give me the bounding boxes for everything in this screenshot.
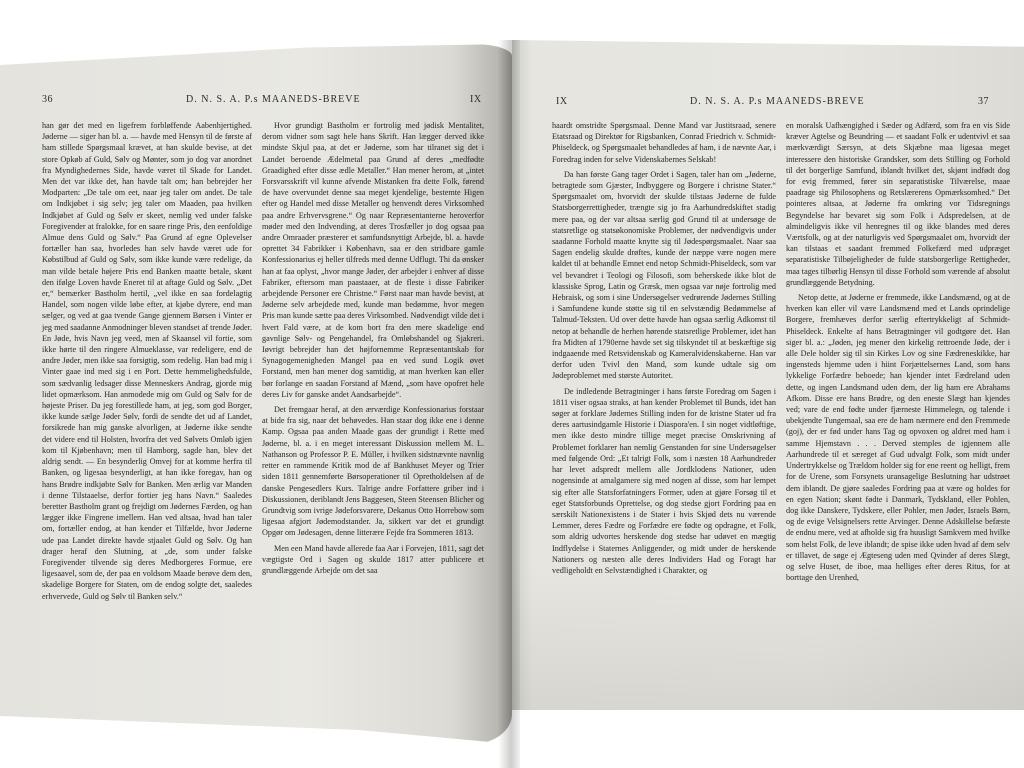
paragraph: Hvor grundigt Bastholm er fortrolig med … bbox=[262, 120, 484, 400]
paragraph: De indledende Betragtninger i hans først… bbox=[552, 386, 776, 576]
left-running-title: D. N. S. A. P.s MAANEDS-BREVE bbox=[186, 94, 361, 105]
paragraph: Da han første Gang tager Ordet i Sagen, … bbox=[552, 169, 776, 382]
left-column-1: han gør det med en ligefrem forbløffende… bbox=[42, 120, 252, 602]
book-spread: 36 D. N. S. A. P.s MAANEDS-BREVE IX han … bbox=[0, 0, 1024, 768]
right-column-1: haardt omstridte Spørgsmaal. Denne Mand … bbox=[552, 120, 776, 576]
paragraph: Det fremgaar heraf, at den ærværdige Kon… bbox=[262, 404, 484, 538]
right-page: IX D. N. S. A. P.s MAANEDS-BREVE 37 haar… bbox=[512, 40, 1024, 710]
left-column-2: Hvor grundigt Bastholm er fortrolig med … bbox=[262, 120, 484, 576]
right-column-2: en moralsk Uafhængighed i Sæder og Adfær… bbox=[786, 120, 1010, 583]
paragraph: Men een Mand havde allerede faa Aar i Fo… bbox=[262, 543, 484, 577]
left-section-number: IX bbox=[470, 94, 482, 105]
paragraph: Netop dette, at Jøderne er fremmede, ikk… bbox=[786, 292, 1010, 583]
paragraph: han gør det med en ligefrem forbløffende… bbox=[42, 120, 252, 602]
left-page: 36 D. N. S. A. P.s MAANEDS-BREVE IX han … bbox=[0, 44, 512, 744]
right-page-number: 37 bbox=[978, 96, 989, 107]
left-page-number: 36 bbox=[42, 94, 53, 105]
paragraph: en moralsk Uafhængighed i Sæder og Adfær… bbox=[786, 120, 1010, 288]
right-section-number: IX bbox=[556, 96, 568, 107]
right-running-title: D. N. S. A. P.s MAANEDS-BREVE bbox=[690, 96, 865, 107]
paragraph: haardt omstridte Spørgsmaal. Denne Mand … bbox=[552, 120, 776, 165]
